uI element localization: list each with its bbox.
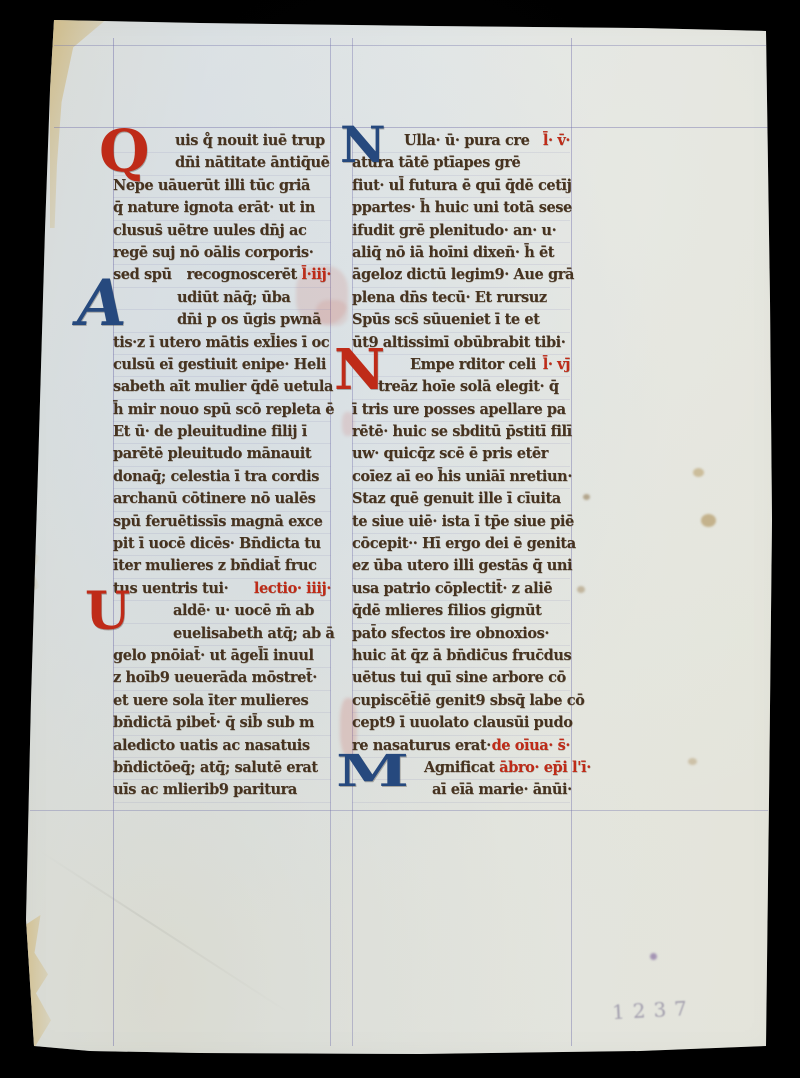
text-column-right: NNMUlla· ū· pura crel̄· v̄·atura tātē pt… [352,130,570,802]
manuscript-text-line: pat̄o sfectos ire obnoxios· [352,623,570,645]
text-segment: coīez aī eo h̄is uniāī nretiun· [352,466,572,488]
manuscript-text-line: et uere sola īter mulieres [113,690,331,712]
manuscript-text-line: Agnificat ābro· ep̄i l'ī· [352,757,570,779]
text-segment: pit ī uocē dicēs· Bn̄dicta tu [113,533,321,555]
manuscript-text-line: cōcepit·· Hī ergo dei ē genita [352,533,570,555]
text-segment: aliq̄ nō iā hoīni dixen̄· h̄ ēt [352,242,554,264]
manuscript-text-line: uw· quicq̄z scē ē pris etēr [352,443,570,465]
manuscript-text-line: aliq̄ nō iā hoīni dixen̄· h̄ ēt [352,242,570,264]
text-segment: gelo pnōiat̄· ut āgel̄ī inuul [113,645,314,667]
text-segment: huic āt q̄z ā bn̄dic̄us fruc̄dus [352,645,571,667]
stain-spot [577,586,585,593]
text-segment: donaq̄; celestia ī tra cordis [113,466,319,488]
rubric-text: l̄· v̄· [543,130,570,152]
text-segment: recognoscerēt [187,264,297,286]
manuscript-text-line: regē suj nō oālis corporis· [113,242,331,264]
manuscript-text-line: cupiscēt̄iē genit9 sbsq̄ labe cō [352,690,570,712]
vellum-crease [39,850,292,1015]
text-segment: tis·z ī utero mātis exl̄ies ī oc [113,332,329,354]
manuscript-text-line: donaq̄; celestia ī tra cordis [113,466,331,488]
text-segment: spū feruētissīs magnā exce [113,511,322,533]
text-segment: dn̄i nātitate āntiq̄uē [175,152,330,174]
text-segment: ifudit grē plenitudo· an· u· [352,220,556,242]
manuscript-text-line: fiut· ul̄ futura ē quī q̄dē cetīj [352,175,570,197]
manuscript-text-line: ī tris ure posses apellare pa [352,399,570,421]
text-segment: bn̄dictōeq̄; atq̄; salutē erat [113,757,318,779]
manuscript-text-line: ez ūba utero illi gestās q̄ uni [352,555,570,577]
text-segment: cōcepit·· Hī ergo dei ē genita [352,533,576,555]
manuscript-text-line: treāz hoīe solā elegit· q̄ [352,376,570,398]
text-segment: euelisabeth atq̄; ab ā [173,623,334,645]
manuscript-text-line: tis·z ī utero mātis exl̄ies ī oc [113,332,331,354]
text-segment: cept9 ī uuolato clausūi pudo [352,712,573,734]
text-segment: te siue uiē· ista ī tp̄e siue piē [352,511,574,533]
manuscript-text-line: ifudit grē plenitudo· an· u· [352,220,570,242]
rubric-text: l̄· vj̄ [543,354,570,376]
manuscript-text-line: euelisabeth atq̄; ab ā [113,623,331,645]
manuscript-text-line: z hoīb9 ueuerāda mōstret̄· [113,667,331,689]
text-segment: z hoīb9 ueuerāda mōstret̄· [113,667,317,689]
manuscript-text-line: clusus̄ uētre uules dn̄j ac [113,220,331,242]
text-segment: ūt9 altissimī obūbrabit tibi· [352,332,565,354]
text-segment: re nasaturus erat· [352,735,491,757]
stain-spot [688,758,697,765]
manuscript-text-line: plena dn̄s tecū· Et rursuz [352,287,570,309]
manuscript-text-line: archanū cōtinere nō ualēs [113,488,331,510]
manuscript-text-line: bn̄dictōeq̄; atq̄; salutē erat [113,757,331,779]
stain-spot [583,494,590,500]
text-column-left: QAUuis q̊ nouit iuē trupdn̄i nātitate ān… [113,130,331,802]
text-segment: usa patrio cōplectit̄· z aliē [352,578,552,600]
text-segment: bn̄dictā pibet̄· q̄ sib̄ sub m [113,712,314,734]
text-segment: uw· quicq̄z scē ē pris etēr [352,443,548,465]
manuscript-text-line: usa patrio cōplectit̄· z aliē [352,578,570,600]
stain-spot [693,468,704,477]
text-segment: aldē· u· uocē m̄ ab [173,600,314,622]
manuscript-text-line: Ulla· ū· pura crel̄· v̄· [352,130,570,152]
manuscript-text-line: huic āt q̄z ā bn̄dic̄us fruc̄dus [352,645,570,667]
ruling-line-horizontal-top-2 [54,127,768,128]
text-segment: q̄ nature ignota erāt· ut in [113,197,315,219]
text-segment: atura tātē ptīapes grē [352,152,520,174]
text-segment: ppartes· h̄ huic uni totā sese [352,197,572,219]
manuscript-text-line: parētē pleuitudo mānauit [113,443,331,465]
stain-spot [701,514,716,527]
text-segment: q̄dē mlieres filios gignūt [352,600,541,622]
manuscript-text-line: dn̄i nātitate āntiq̄uē [113,152,331,174]
text-segment: aī eīā marie· ānūi· [432,779,572,801]
rubric-text: lectio· iiij· [254,578,331,600]
text-segment: aledicto uatis ac nasatuis [113,735,310,757]
ruling-line-horizontal-bottom [30,810,768,811]
manuscript-text-line: q̄dē mlieres filios gignūt [352,600,570,622]
text-segment: Nepe uāuerūt illi tūc griā [113,175,310,197]
text-segment: udiūt nāq̄; ūba [177,287,290,309]
text-segment: clusus̄ uētre uules dn̄j ac [113,220,306,242]
rubric-text: l̄·iij· [297,264,331,286]
text-segment: dn̄i p os ūgis pwnā [177,309,321,331]
text-segment: archanū cōtinere nō ualēs [113,488,315,510]
text-segment: treāz hoīe solā elegit· q̄ [378,376,559,398]
manuscript-text-line: uētus tui quī sine arbore cō [352,667,570,689]
text-segment: tus uentris tui· [113,578,228,600]
text-segment: ī tris ure posses apellare pa [352,399,566,421]
text-segment: regē suj nō oālis corporis· [113,242,313,264]
manuscript-text-line: coīez aī eo h̄is uniāī nretiun· [352,466,570,488]
text-segment: Ulla· ū· pura cre [404,130,529,152]
manuscript-leaf: QAUuis q̊ nouit iuē trupdn̄i nātitate ān… [0,0,800,1078]
manuscript-text-line: q̄ nature ignota erāt· ut in [113,197,331,219]
manuscript-text-line: spū feruētissīs magnā exce [113,511,331,533]
text-segment: Empe rditor celi [410,354,536,376]
text-segment: fiut· ul̄ futura ē quī q̄dē cetīj [352,175,571,197]
ruling-line-horizontal-top-1 [54,45,766,46]
manuscript-text-line: tus uentris tui·lectio· iiij· [113,578,331,600]
rubric-text: de oīua· s̄· [492,735,570,757]
manuscript-text-line: culsū eī gestiuit enipe· Heli [113,354,331,376]
inscription-number: 1237 [611,996,695,1024]
text-segment: Spūs scs̄ sūueniet ī te et [352,309,540,331]
manuscript-text-line: īter mulieres z bn̄diat̄ fruc [113,555,331,577]
text-segment: et uere sola īter mulieres [113,690,308,712]
manuscript-text-line: Nepe uāuerūt illi tūc griā [113,175,331,197]
text-segment: h̄ mir nouo spū scō repleta ē [113,399,334,421]
manuscript-text-line: aledicto uatis ac nasatuis [113,735,331,757]
manuscript-text-line: udiūt nāq̄; ūba [113,287,331,309]
manuscript-text-line: Empe rditor celil̄· vj̄ [352,354,570,376]
manuscript-text-line: āgeloz dictū legim9· Aue grā [352,264,570,286]
text-segment: uētus tui quī sine arbore cō [352,667,566,689]
manuscript-text-line: uīs ac mlierib9 paritura [113,779,331,801]
text-segment: uis q̊ nouit iuē trup [175,130,325,152]
manuscript-text-line: pit ī uocē dicēs· Bn̄dicta tu [113,533,331,555]
manuscript-text-line: ūt9 altissimī obūbrabit tibi· [352,332,570,354]
text-segment: culsū eī gestiuit enipe· Heli [113,354,326,376]
manuscript-text-line: aī eīā marie· ānūi· [352,779,570,801]
manuscript-text-line: sed spūrecognoscerēt l̄·iij· [113,264,331,286]
ink-dot-purple [650,953,657,960]
manuscript-text-line: te siue uiē· ista ī tp̄e siue piē [352,511,570,533]
manuscript-text-line: Et ū· de pleuitudine filij ī [113,421,331,443]
text-segment: parētē pleuitudo mānauit [113,443,311,465]
text-segment: plena dn̄s tecū· Et rursuz [352,287,547,309]
text-segment: uīs ac mlierib9 paritura [113,779,297,801]
text-segment: īter mulieres z bn̄diat̄ fruc [113,555,317,577]
text-segment: ez ūba utero illi gestās q̄ uni [352,555,572,577]
text-segment: rētē· huic se sbditū p̄stitī filī [352,421,572,443]
text-segment: Staz quē genuit ille ī cīuita [352,488,561,510]
manuscript-text-line: aldē· u· uocē m̄ ab [113,600,331,622]
manuscript-text-line: sabeth aīt mulier q̄dē uetula [113,376,331,398]
manuscript-text-line: bn̄dictā pibet̄· q̄ sib̄ sub m [113,712,331,734]
manuscript-text-line: rētē· huic se sbditū p̄stitī filī [352,421,570,443]
manuscript-text-line: gelo pnōiat̄· ut āgel̄ī inuul [113,645,331,667]
manuscript-text-line: dn̄i p os ūgis pwnā [113,309,331,331]
manuscript-text-line: Staz quē genuit ille ī cīuita [352,488,570,510]
text-segment: Et ū· de pleuitudine filij ī [113,421,307,443]
manuscript-text-line: Spūs scs̄ sūueniet ī te et [352,309,570,331]
text-segment: āgeloz dictū legim9· Aue grā [352,264,574,286]
text-segment: sed spū [113,264,172,286]
manuscript-text-line: re nasaturus erat·de oīua· s̄· [352,735,570,757]
text-segment: pat̄o sfectos ire obnoxios· [352,623,549,645]
manuscript-text-line: uis q̊ nouit iuē trup [113,130,331,152]
edge-chip-top-left [50,18,108,228]
text-segment: sabeth aīt mulier q̄dē uetula [113,376,333,398]
rubric-text: ābro· ep̄i l'ī· [495,757,591,779]
manuscript-text-line: ppartes· h̄ huic uni totā sese [352,197,570,219]
manuscript-text-line: h̄ mir nouo spū scō repleta ē [113,399,331,421]
manuscript-text-line: cept9 ī uuolato clausūi pudo [352,712,570,734]
text-segment: Agnificat [424,757,495,779]
manuscript-text-line: atura tātē ptīapes grē [352,152,570,174]
text-segment: cupiscēt̄iē genit9 sbsq̄ labe cō [352,690,584,712]
